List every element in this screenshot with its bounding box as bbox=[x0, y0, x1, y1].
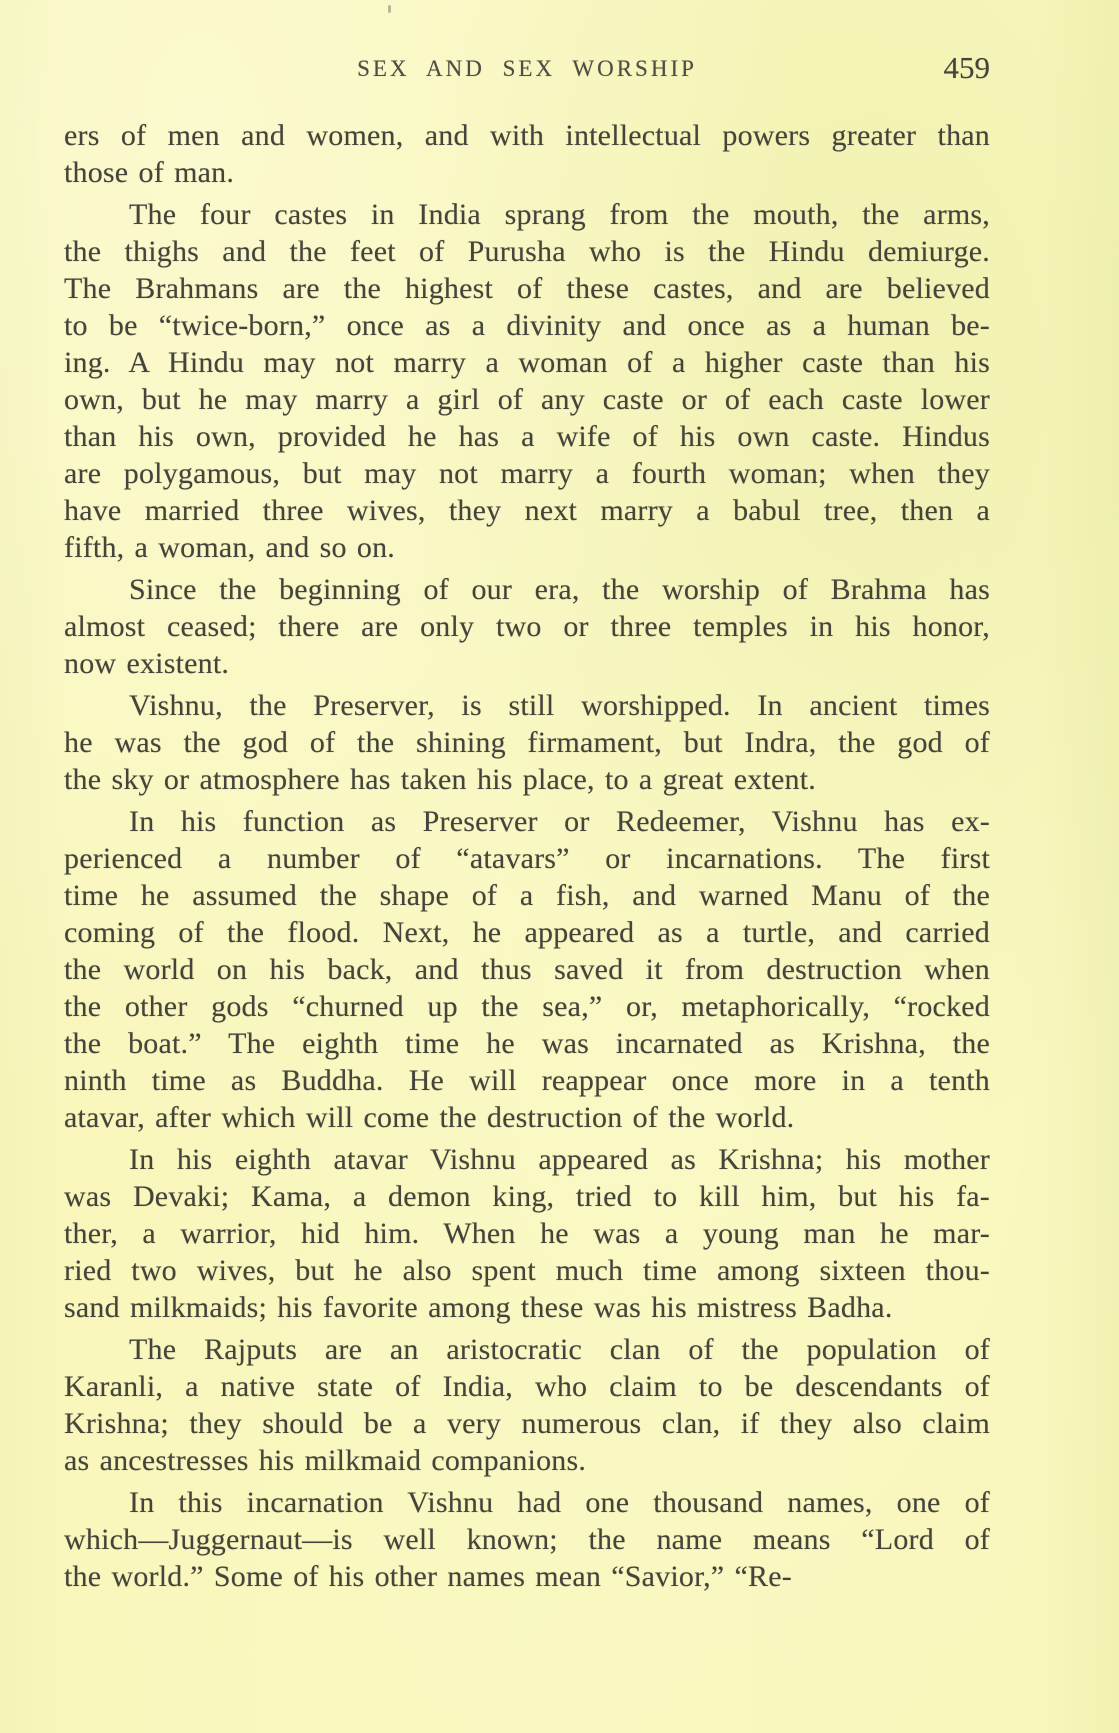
text-line: ers of men and women, and with intellect… bbox=[64, 117, 990, 154]
text-line: The Rajputs are an aristocratic clan of … bbox=[64, 1331, 990, 1368]
text-line: sand milkmaids; his favorite among these… bbox=[64, 1289, 990, 1326]
text-line: he was the god of the shining firmament,… bbox=[64, 724, 990, 761]
text-line: almost ceased; there are only two or thr… bbox=[64, 608, 990, 645]
text-line: The four castes in India sprang from the… bbox=[64, 196, 990, 233]
text-line: Vishnu, the Preserver, is still worshipp… bbox=[64, 687, 990, 724]
text-line: ther, a warrior, hid him. When he was a … bbox=[64, 1215, 990, 1252]
text-line: which—Juggernaut—is well known; the name… bbox=[64, 1521, 990, 1558]
text-line: was Devaki; Kama, a demon king, tried to… bbox=[64, 1178, 990, 1215]
paragraph: In his eighth atavar Vishnu appeared as … bbox=[64, 1141, 990, 1326]
text-line: Since the beginning of our era, the wors… bbox=[64, 571, 990, 608]
text-line: the world.” Some of his other names mean… bbox=[64, 1558, 990, 1595]
text-line: to be “twice-born,” once as a divinity a… bbox=[64, 307, 990, 344]
paragraph: ers of men and women, and with intellect… bbox=[64, 117, 990, 191]
text-line: perienced a number of “atavars” or incar… bbox=[64, 840, 990, 877]
text-line: The Brahmans are the highest of these ca… bbox=[64, 270, 990, 307]
paragraph: Since the beginning of our era, the wors… bbox=[64, 571, 990, 682]
text-line: ing. A Hindu may not marry a woman of a … bbox=[64, 344, 990, 381]
text-line: ninth time as Buddha. He will reappear o… bbox=[64, 1062, 990, 1099]
text-line: as ancestresses his milkmaid companions. bbox=[64, 1442, 990, 1479]
text-line: coming of the flood. Next, he appeared a… bbox=[64, 914, 990, 951]
paragraph: The four castes in India sprang from the… bbox=[64, 196, 990, 566]
text-line: atavar, after which will come the destru… bbox=[64, 1099, 990, 1136]
text-line: are polygamous, but may not marry a four… bbox=[64, 455, 990, 492]
text-line: now existent. bbox=[64, 645, 990, 682]
text-line: the other gods “churned up the sea,” or,… bbox=[64, 988, 990, 1025]
text-line: In his eighth atavar Vishnu appeared as … bbox=[64, 1141, 990, 1178]
text-line: own, but he may marry a girl of any cast… bbox=[64, 381, 990, 418]
body-text: ers of men and women, and with intellect… bbox=[64, 117, 990, 1595]
text-line: Karanli, a native state of India, who cl… bbox=[64, 1368, 990, 1405]
text-line: fifth, a woman, and so on. bbox=[64, 529, 990, 566]
text-line: the sky or atmosphere has taken his plac… bbox=[64, 761, 990, 798]
text-line: time he assumed the shape of a fish, and… bbox=[64, 877, 990, 914]
text-line: ried two wives, but he also spent much t… bbox=[64, 1252, 990, 1289]
text-line: those of man. bbox=[64, 154, 990, 191]
paragraph: In this incarnation Vishnu had one thous… bbox=[64, 1484, 990, 1595]
page-title: SEX AND SEX WORSHIP bbox=[64, 56, 990, 82]
page-number: 459 bbox=[944, 50, 991, 86]
paragraph: Vishnu, the Preserver, is still worshipp… bbox=[64, 687, 990, 798]
text-line: the thighs and the feet of Purusha who i… bbox=[64, 233, 990, 270]
book-page: SEX AND SEX WORSHIP 459 ers of men and w… bbox=[0, 0, 1119, 1733]
paragraph: In his function as Preserver or Redeemer… bbox=[64, 803, 990, 1136]
text-line: In his function as Preserver or Redeemer… bbox=[64, 803, 990, 840]
text-line: In this incarnation Vishnu had one thous… bbox=[64, 1484, 990, 1521]
paragraph: The Rajputs are an aristocratic clan of … bbox=[64, 1331, 990, 1479]
text-line: than his own, provided he has a wife of … bbox=[64, 418, 990, 455]
text-line: Krishna; they should be a very numerous … bbox=[64, 1405, 990, 1442]
text-line: the boat.” The eighth time he was incarn… bbox=[64, 1025, 990, 1062]
text-line: the world on his back, and thus saved it… bbox=[64, 951, 990, 988]
running-header: SEX AND SEX WORSHIP 459 bbox=[64, 50, 990, 94]
scan-artifact-speck bbox=[388, 5, 391, 13]
text-line: have married three wives, they next marr… bbox=[64, 492, 990, 529]
